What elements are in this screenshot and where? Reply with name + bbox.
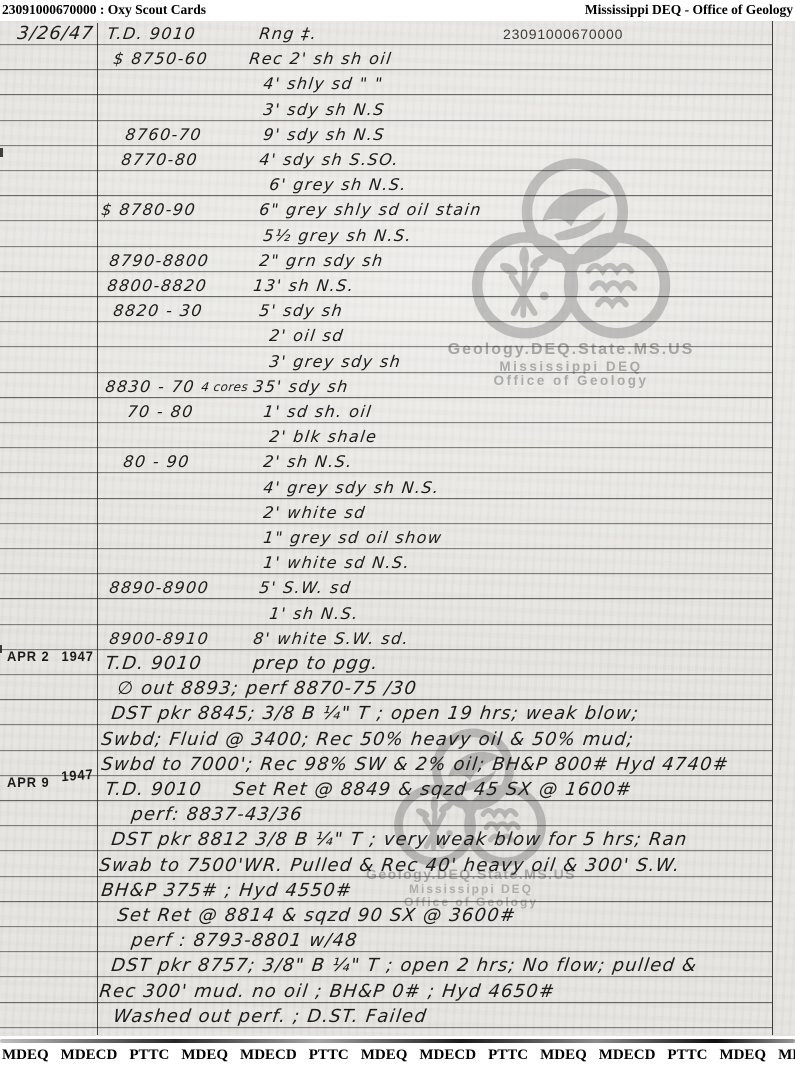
page-bottom-edge <box>0 1036 795 1046</box>
footer-strip: MDEQMDECDPTTCMDEQMDECDPTTCMDEQMDECDPTTCM… <box>0 1046 795 1068</box>
log-row: 5½ grey sh N.S. <box>0 225 795 247</box>
handwriting-text: 3/26/47 <box>16 23 95 45</box>
log-row: $ 8750-60Rec 2' sh sh oil <box>0 48 795 70</box>
handwriting-text: 6" grey shly sd oil stain <box>258 199 483 221</box>
log-row: 8760-709' sdy sh N.S <box>0 124 795 146</box>
handwriting-text: 6' grey sh N.S. <box>268 174 408 196</box>
footer-token: MDEQ <box>540 1047 587 1063</box>
handwriting-text: Swab to 7500'WR. Pulled & Rec 40' heavy … <box>98 855 682 877</box>
handwriting-text: 1" grey sd oil show <box>262 527 444 549</box>
log-row: BH&P 375# ; Hyd 4550# <box>0 880 795 902</box>
handwriting-text: 70 - 80 <box>126 401 195 423</box>
footer-token: PTTC <box>129 1047 169 1063</box>
log-row: 4' grey sdy sh N.S. <box>0 477 795 499</box>
log-row: 4' shly sd " " <box>0 73 795 95</box>
handwriting-text: 1' white sd N.S. <box>262 552 412 574</box>
handwriting-text: perf: 8837-43/36 <box>130 804 304 826</box>
handwriting-text: 5½ grey sh N.S. <box>262 225 413 247</box>
handwriting-text: Rec 2' sh sh oil <box>248 48 393 70</box>
handwriting-text: T.D. 9010 <box>104 779 203 801</box>
date-stamp: APR 21947 <box>7 648 94 665</box>
handwriting-text: Washed out perf. ; D.ST. Failed <box>112 1006 428 1028</box>
handwriting-text: 1' sh N.S. <box>268 603 360 625</box>
typed-well-number: 23091000670000 <box>503 23 623 45</box>
log-row: 8830 - 704 cores35' sdy sh <box>0 376 795 398</box>
log-row: Swab to 7500'WR. Pulled & Rec 40' heavy … <box>0 855 795 877</box>
stamp-month-day: APR 2 <box>7 648 50 665</box>
handwriting-text: Swbd; Fluid @ 3400; Rec 50% heavy oil & … <box>100 729 635 751</box>
handwriting-text: $ 8780-90 <box>100 199 197 221</box>
log-row: 1' white sd N.S. <box>0 552 795 574</box>
footer-token: MDEQ <box>719 1047 766 1063</box>
log-row: Rec 300' mud. no oil ; BH&P 0# ; Hyd 465… <box>0 981 795 1003</box>
handwriting-text: 2' blk shale <box>268 426 379 448</box>
handwriting-text: 80 - 90 <box>122 451 191 473</box>
handwriting-text: ∅ out 8893; perf 8870-75 /30 <box>116 678 418 700</box>
footer-token: MDECD <box>240 1047 297 1063</box>
log-row: 3' grey sdy sh <box>0 351 795 373</box>
handwriting-text: DST pkr 8845; 3/8 B ¼" T ; open 19 hrs; … <box>110 703 640 725</box>
stamp-year: 1947 <box>61 766 94 785</box>
handwriting-text: Set Ret @ 8849 & sqzd 45 SX @ 1600# <box>232 779 633 801</box>
handwriting-text: 9' sdy sh N.S <box>262 124 386 146</box>
log-row: 6' grey sh N.S. <box>0 174 795 196</box>
handwriting-text: Swbd to 7000'; Rec 98% SW & 2% oil; BH&P… <box>100 754 730 776</box>
log-row: 3/26/47T.D. 9010Rng ‡.23091000670000 <box>0 23 795 45</box>
handwriting-text: 35' sdy sh <box>252 376 350 398</box>
log-row: $ 8780-906" grey shly sd oil stain <box>0 199 795 221</box>
handwriting-text: 13' sh N.S. <box>252 275 356 297</box>
handwriting-text: prep to pgg. <box>252 653 380 675</box>
handwriting-text: T.D. 9010 <box>104 653 203 675</box>
handwriting-text: 3' sdy sh N.S <box>262 99 386 121</box>
handwriting-text: DST pkr 8757; 3/8" B ¼" T ; open 2 hrs; … <box>110 955 699 977</box>
footer-token: MDECD <box>419 1047 476 1063</box>
date-stamp: APR 91947 <box>7 774 94 791</box>
log-row: 8800-882013' sh N.S. <box>0 275 795 297</box>
page-header: 23091000670000 : Oxy Scout Cards Mississ… <box>0 0 795 21</box>
handwriting-text: Rng ‡. <box>258 23 319 45</box>
log-row: 2' oil sd <box>0 325 795 347</box>
handwriting-text: BH&P 375# ; Hyd 4550# <box>100 880 354 902</box>
handwriting-text: 8900-8910 <box>108 628 211 650</box>
log-row: 2' blk shale <box>0 426 795 448</box>
handwriting-text: 4' grey sdy sh N.S. <box>262 477 441 499</box>
log-row: 1" grey sd oil show <box>0 527 795 549</box>
handwriting-text: 3' grey sdy sh <box>268 351 403 373</box>
footer-token: MDEQ <box>181 1047 228 1063</box>
footer-token: PTTC <box>488 1047 528 1063</box>
log-row: 8900-89108' white S.W. sd. <box>0 628 795 650</box>
handwriting-text: 2' white sd <box>262 502 367 524</box>
handwriting-text: 2' oil sd <box>268 325 345 347</box>
handwriting-text: DST pkr 8812 3/8 B ¼" T ; very weak blow… <box>110 829 689 851</box>
handwriting-text: 5' sdy sh <box>258 300 344 322</box>
handwriting-text: 2" grn sdy sh <box>258 250 385 272</box>
scan-edge-shadow <box>0 1039 795 1043</box>
footer-token: MDEQ <box>361 1047 408 1063</box>
log-row: Swbd; Fluid @ 3400; Rec 50% heavy oil & … <box>0 729 795 751</box>
log-row: Swbd to 7000'; Rec 98% SW & 2% oil; BH&P… <box>0 754 795 776</box>
log-row: 70 - 801' sd sh. oil <box>0 401 795 423</box>
handwriting-text: $ 8750-60 <box>112 48 209 70</box>
log-row: ∅ out 8893; perf 8870-75 /30 <box>0 678 795 700</box>
footer-token: MDECD <box>61 1047 118 1063</box>
handwriting-text: 4 cores <box>200 376 249 398</box>
handwriting-text: 8830 - 70 <box>104 376 196 398</box>
log-row: perf: 8837-43/36 <box>0 804 795 826</box>
log-row: DST pkr 8757; 3/8" B ¼" T ; open 2 hrs; … <box>0 955 795 977</box>
log-row: perf : 8793-8801 w/48 <box>0 930 795 952</box>
handwriting-text: 8770-80 <box>120 149 199 171</box>
log-row: DST pkr 8812 3/8 B ¼" T ; very weak blow… <box>0 829 795 851</box>
handwriting-text: perf : 8793-8801 w/48 <box>130 930 359 952</box>
footer-token: PTTC <box>309 1047 349 1063</box>
handwriting-text: T.D. 9010 <box>106 23 197 45</box>
handwriting-text: 1' sd sh. oil <box>262 401 373 423</box>
stamp-year: 1947 <box>61 648 93 665</box>
log-row: T.D. 9010Set Ret @ 8849 & sqzd 45 SX @ 1… <box>0 779 795 801</box>
handwriting-text: 4' sdy sh S.SO. <box>258 149 400 171</box>
footer-token: PTTC <box>667 1047 707 1063</box>
log-row: 2' white sd <box>0 502 795 524</box>
scout-card-scan: Geology.DEQ.State.MS.US Mississippi DEQ … <box>0 21 795 1037</box>
header-title-left: 23091000670000 : Oxy Scout Cards <box>0 0 208 18</box>
log-row: 8890-89005' S.W. sd <box>0 577 795 599</box>
handwriting-text: 5' S.W. sd <box>258 577 353 599</box>
log-row: 8770-804' sdy sh S.SO. <box>0 149 795 171</box>
log-row: 3' sdy sh N.S <box>0 99 795 121</box>
log-row: 1' sh N.S. <box>0 603 795 625</box>
log-row: T.D. 9010prep to pgg. <box>0 653 795 675</box>
handwriting-text: Set Ret @ 8814 & sqzd 90 SX @ 3600# <box>116 905 517 927</box>
handwriting-text: 4' shly sd " " <box>262 73 385 95</box>
handwriting-text: 2' sh N.S. <box>262 451 354 473</box>
handwriting-text: 8890-8900 <box>108 577 211 599</box>
handwriting-text: Rec 300' mud. no oil ; BH&P 0# ; Hyd 465… <box>98 981 557 1003</box>
handwriting-text: 8' white S.W. sd. <box>252 628 411 650</box>
log-row: DST pkr 8845; 3/8 B ¼" T ; open 19 hrs; … <box>0 703 795 725</box>
handwriting-text: 8800-8820 <box>106 275 209 297</box>
scan-artifact <box>0 148 3 157</box>
scan-artifact <box>0 645 2 653</box>
log-row: 80 - 902' sh N.S. <box>0 451 795 473</box>
footer-token: MDECD <box>778 1047 795 1063</box>
handwriting-text: 8760-70 <box>124 124 203 146</box>
stamp-month-day: APR 9 <box>7 774 50 791</box>
footer-token: MDEQ <box>2 1047 49 1063</box>
handwriting-text: 8790-8800 <box>108 250 211 272</box>
footer-token: MDECD <box>599 1047 656 1063</box>
handwriting-text: 8820 - 30 <box>112 300 204 322</box>
log-row: Set Ret @ 8814 & sqzd 90 SX @ 3600# <box>0 905 795 927</box>
log-row: 8820 - 305' sdy sh <box>0 300 795 322</box>
header-title-right: Mississippi DEQ - Office of Geology <box>583 0 795 18</box>
log-row: 8790-88002" grn sdy sh <box>0 250 795 272</box>
log-row: Washed out perf. ; D.ST. Failed <box>0 1006 795 1028</box>
